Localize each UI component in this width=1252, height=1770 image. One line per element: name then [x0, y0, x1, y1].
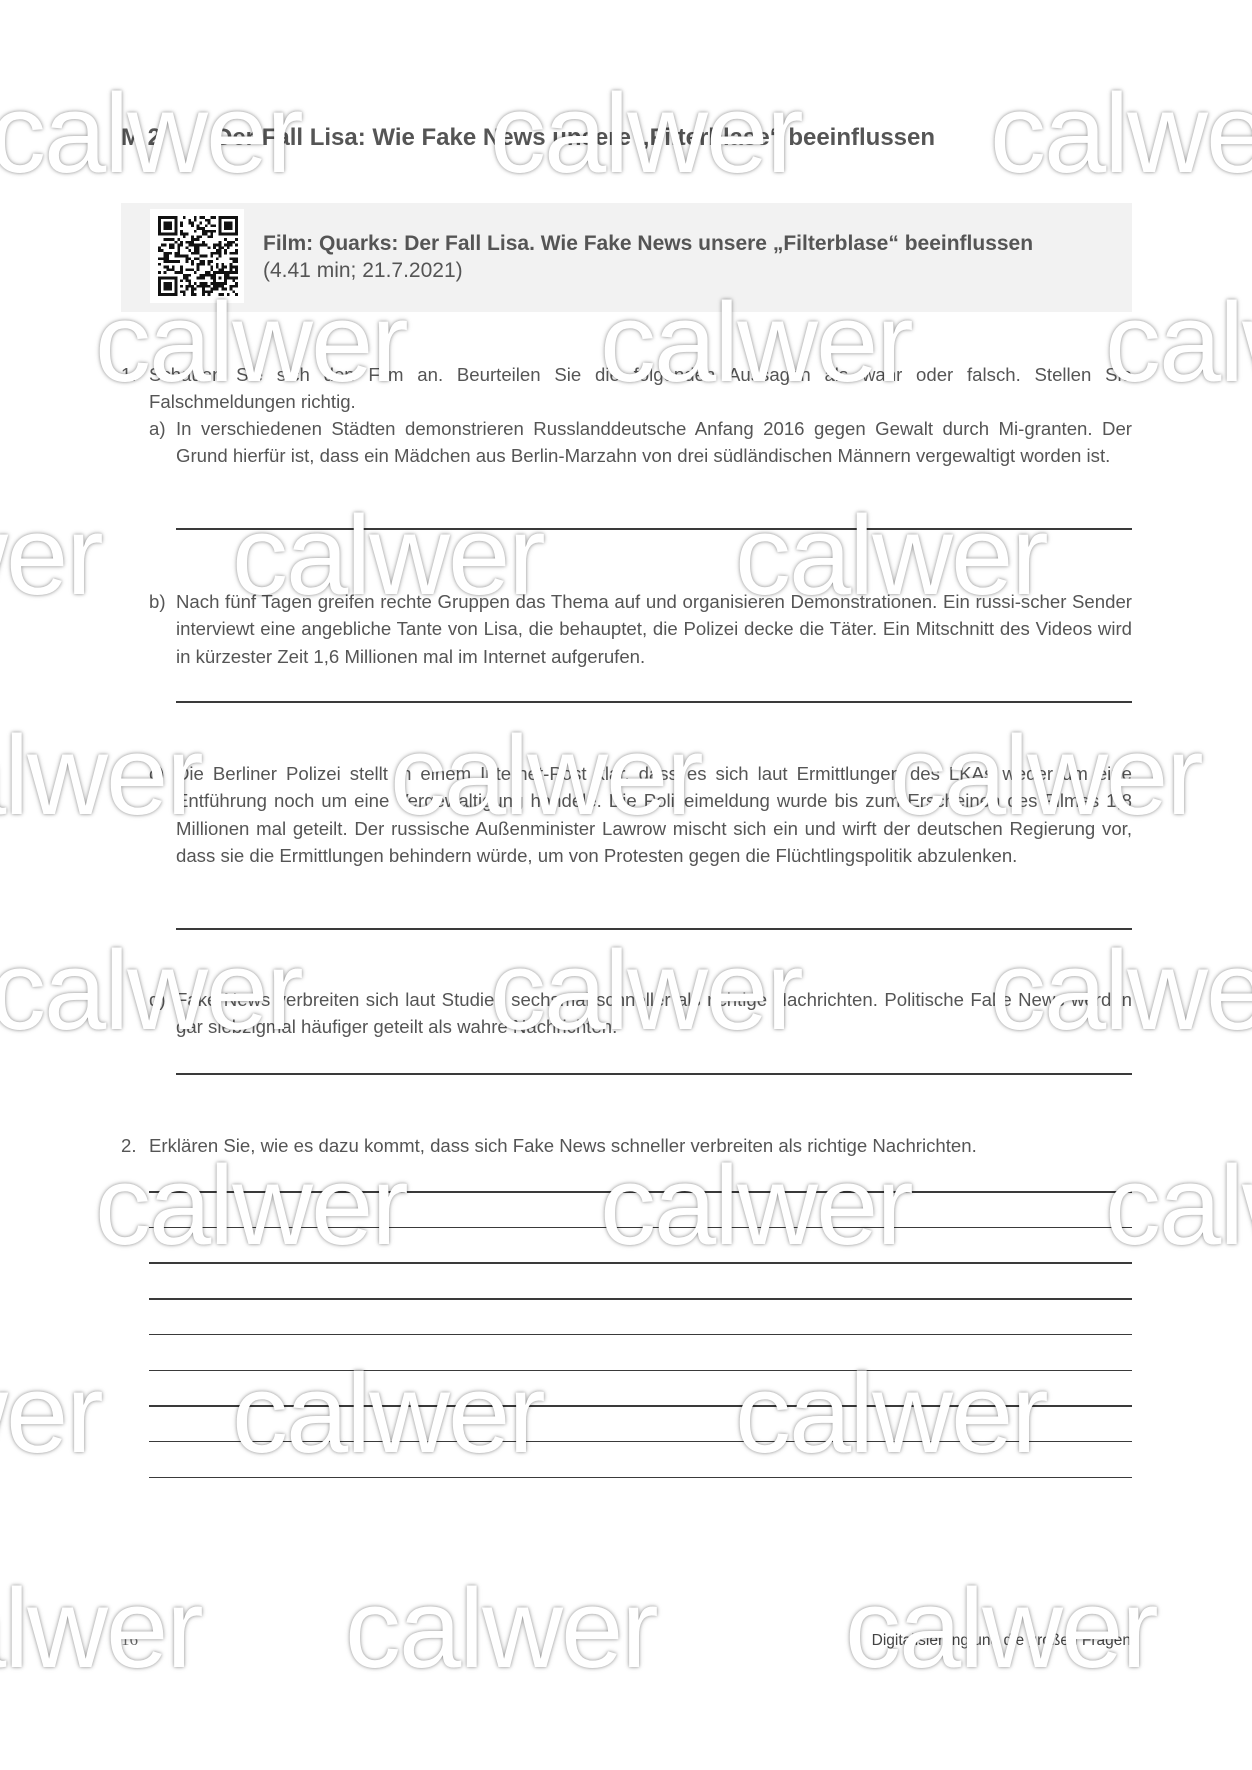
- watermark: calwer: [232, 1358, 544, 1470]
- watermark: calwer: [0, 500, 102, 612]
- answer-line[interactable]: [149, 1262, 1132, 1264]
- material-label: M 2: [121, 124, 161, 152]
- item-c-text: Die Berliner Polizei stellt in einem Int…: [176, 760, 1132, 870]
- task-2-number: 2.: [121, 1132, 137, 1159]
- page-title: Der Fall Lisa: Wie Fake News unsere „Fil…: [215, 124, 935, 152]
- answer-line-d[interactable]: [176, 1073, 1132, 1075]
- film-info-box: [121, 203, 1132, 312]
- watermark: calwer: [95, 1150, 407, 1262]
- watermark: calwer: [0, 1573, 202, 1685]
- item-a-label: a): [149, 415, 166, 442]
- watermark: calwer: [845, 1573, 1157, 1685]
- answer-line[interactable]: [149, 1477, 1132, 1479]
- task-2-prompt: Erklären Sie, wie es dazu kommt, dass si…: [149, 1132, 1132, 1159]
- watermark: calwer: [600, 1150, 912, 1262]
- item-d-label: d): [149, 986, 166, 1013]
- answer-line-c[interactable]: [176, 928, 1132, 930]
- film-meta: (4.41 min; 21.7.2021): [263, 259, 463, 283]
- qr-code-icon[interactable]: [158, 216, 238, 296]
- answer-line[interactable]: [149, 1298, 1132, 1300]
- answer-line[interactable]: [149, 1227, 1132, 1229]
- book-title: Digitalisierung und die großen Fragen: [872, 1632, 1131, 1650]
- page-number: 16: [121, 1630, 138, 1650]
- task-1-number: 1.: [121, 361, 137, 388]
- answer-line[interactable]: [149, 1334, 1132, 1336]
- watermark: calwer: [0, 720, 202, 832]
- answer-line-a[interactable]: [176, 528, 1132, 530]
- task-1-prompt: Schauen Sie sich den Film an. Beurteilen…: [149, 361, 1132, 416]
- watermark: calwer: [990, 78, 1252, 190]
- answer-line[interactable]: [149, 1441, 1132, 1443]
- answer-line[interactable]: [149, 1191, 1132, 1193]
- watermark: calwer: [735, 1358, 1047, 1470]
- item-b-text: Nach fünf Tagen greifen rechte Gruppen d…: [176, 588, 1132, 670]
- answer-line[interactable]: [149, 1370, 1132, 1372]
- item-c-label: c): [149, 760, 165, 787]
- watermark: calwer: [0, 1358, 102, 1470]
- item-d-text: Fake News verbreiten sich laut Studien s…: [176, 986, 1132, 1041]
- watermark: calwer: [1105, 1150, 1252, 1262]
- answer-line-b[interactable]: [176, 701, 1132, 703]
- answer-line[interactable]: [149, 1405, 1132, 1407]
- item-b-label: b): [149, 588, 166, 615]
- item-a-text: In verschiedenen Städten demonstrieren R…: [176, 415, 1132, 470]
- film-title: Film: Quarks: Der Fall Lisa. Wie Fake Ne…: [263, 232, 1033, 256]
- watermark: calwer: [345, 1573, 657, 1685]
